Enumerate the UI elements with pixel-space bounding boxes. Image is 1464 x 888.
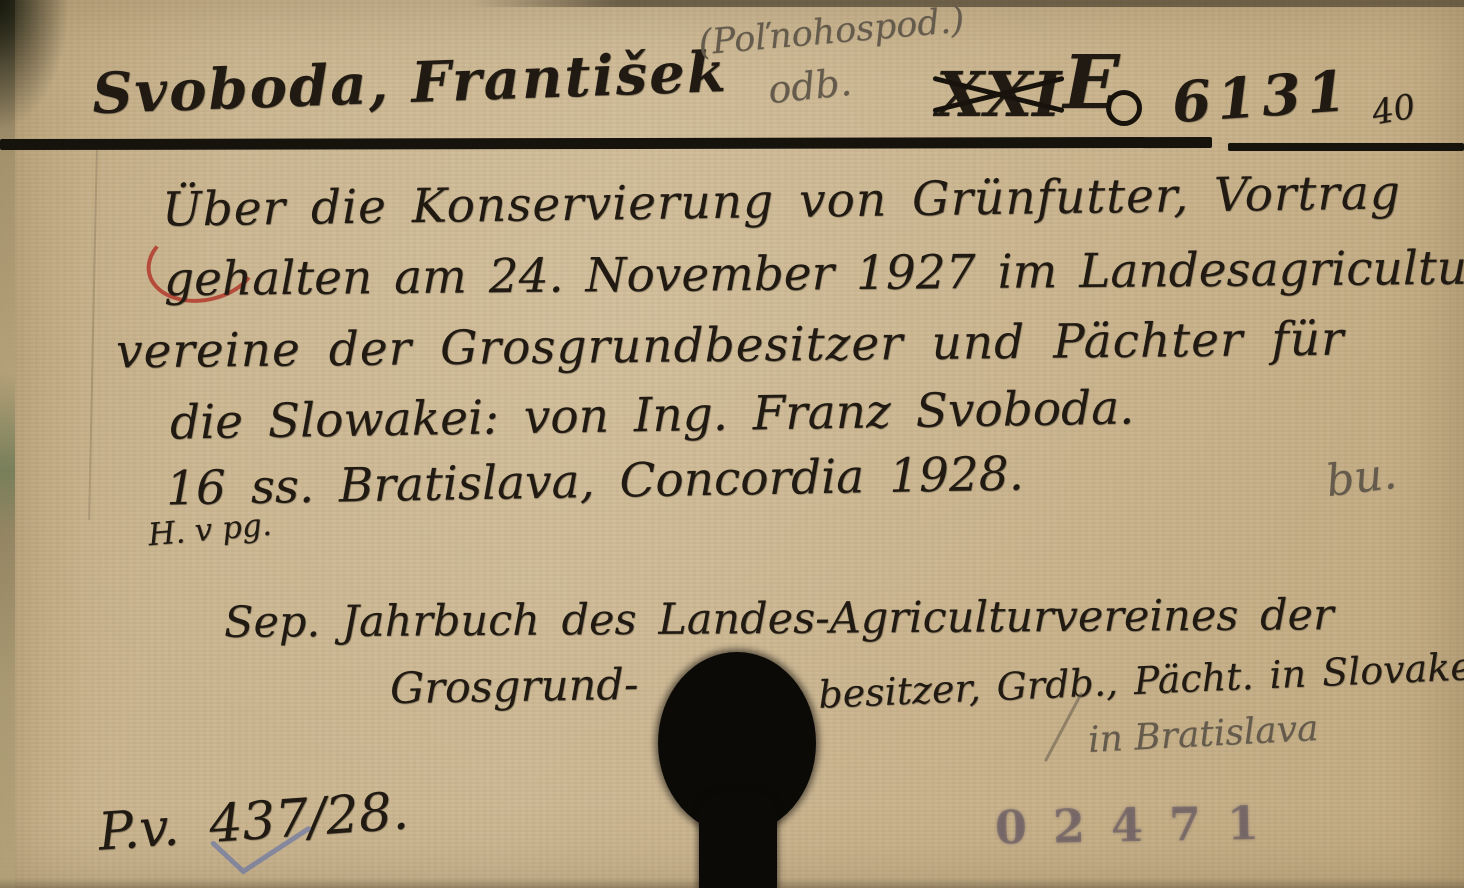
header-rule-right [1228,143,1464,151]
series-line-1: Sep. Jahrbuch des Landes-Agriculturverei… [224,590,1334,648]
series-line-2b: besitzer, Grdb., Pächt. in Slovakei) [817,643,1464,717]
pencil-subject-note: (Poľnohospod.) [697,0,966,63]
pencil-subject-note-2: odb. [766,60,854,112]
card-topleft-shadow [0,0,70,130]
card-top-edge [470,0,1464,7]
classification-crossed-number: XXI [936,58,1061,131]
title-line-4: die Slowakei: von Ing. Franz Svoboda. [170,380,1135,450]
card-left-edge [0,0,15,888]
series-line-2a: Grosgrund- [390,660,639,714]
title-line-1: Über die Konservierung von Grünfutter, V… [162,165,1402,237]
corner-number: 40 [1369,87,1419,134]
series-pencil-place: in Bratislava [1087,708,1319,761]
accession-stamp: 02471 [995,795,1286,854]
classification-shelf-number: 6131 [1170,58,1354,136]
imprint-line: 16 ss. Bratislava, Concordia 1928. [166,447,1025,517]
rod-hole-slot [699,792,777,888]
classification-letter-circle [1106,90,1142,126]
classification-mark: XXIE6131 [936,48,1351,134]
title-line-3: vereine der Grosgrundbesitzer und Pächte… [116,312,1345,380]
blue-check-mark [206,822,319,882]
pencil-side-note: bu. [1323,448,1399,507]
title-line-2: gehalten am 24. November 1927 im Landesa… [164,240,1464,307]
catalog-card: Svoboda, František (Poľnohospod.) odb. X… [0,0,1464,888]
paper-crease [88,150,98,520]
author-heading: Svoboda, František [91,39,729,127]
header-rule-left [0,137,1212,150]
